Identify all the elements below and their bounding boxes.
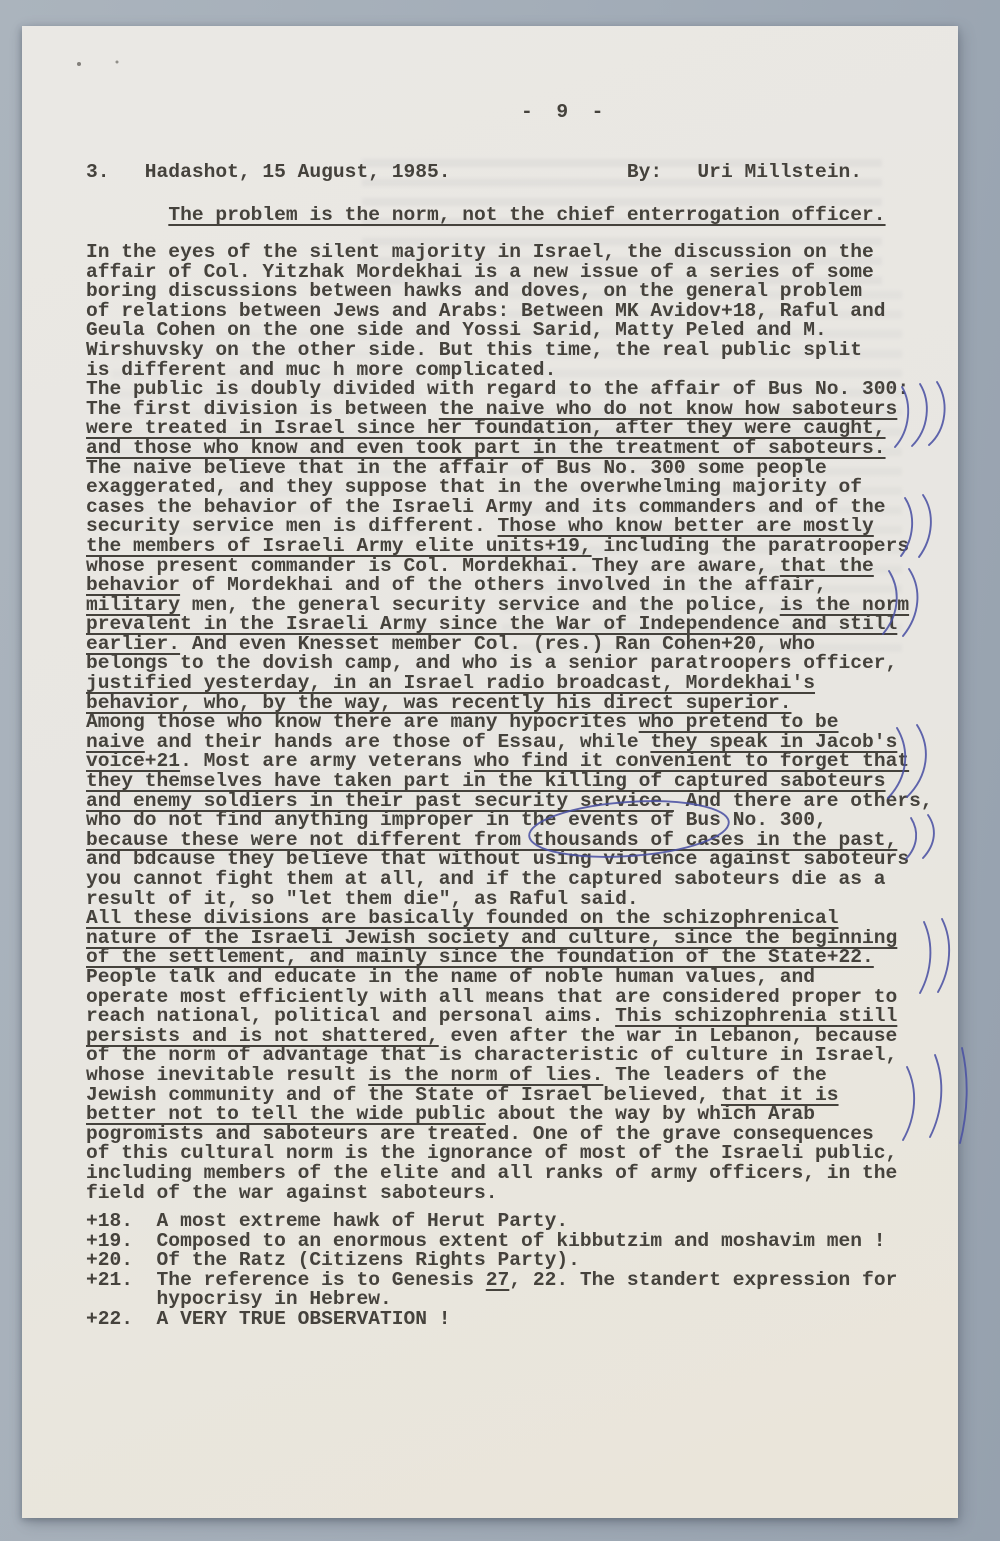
- text-line: and those who know and even took part in…: [86, 439, 933, 459]
- text-line: 3. Hadashot, 15 August, 1985. By: Uri Mi…: [86, 163, 862, 183]
- page-number: - 9 -: [86, 103, 603, 123]
- source-byline: 3. Hadashot, 15 August, 1985. By: Uri Mi…: [86, 163, 862, 183]
- text-line: In the eyes of the silent majority in Is…: [86, 243, 933, 263]
- footnotes: +18. A most extreme hawk of Herut Party.…: [86, 1212, 897, 1330]
- text-line: - 9 -: [86, 103, 603, 123]
- text-line: better not to tell the wide public about…: [86, 1105, 933, 1125]
- text-line: +18. A most extreme hawk of Herut Party.: [86, 1212, 897, 1232]
- paper-sheet: - 9 - 3. Hadashot, 15 August, 1985. By: …: [22, 26, 958, 1518]
- article-title: The problem is the norm, not the chief e…: [86, 206, 886, 226]
- text-line: exaggerated, and they suppose that in th…: [86, 478, 933, 498]
- scanned-document-page: - 9 - 3. Hadashot, 15 August, 1985. By: …: [0, 0, 1000, 1541]
- text-line: boring discussions between hawks and dov…: [86, 282, 933, 302]
- text-line: you cannot fight them at all, and if the…: [86, 870, 933, 890]
- article-body: In the eyes of the silent majority in Is…: [86, 243, 933, 1203]
- text-line: Wirshuvsky on the other side. But this t…: [86, 341, 933, 361]
- text-line: field of the war against saboteurs.: [86, 1184, 933, 1204]
- text-line: People talk and educate in the name of n…: [86, 968, 933, 988]
- text-line: of this cultural norm is the ignorance o…: [86, 1144, 933, 1164]
- text-line: The problem is the norm, not the chief e…: [86, 206, 886, 226]
- pen-stroke: [960, 1048, 967, 1143]
- text-line: +22. A VERY TRUE OBSERVATION !: [86, 1310, 897, 1330]
- text-line: prevalent in the Israeli Army since the …: [86, 615, 933, 635]
- text-line: including members of the elite and all r…: [86, 1164, 933, 1184]
